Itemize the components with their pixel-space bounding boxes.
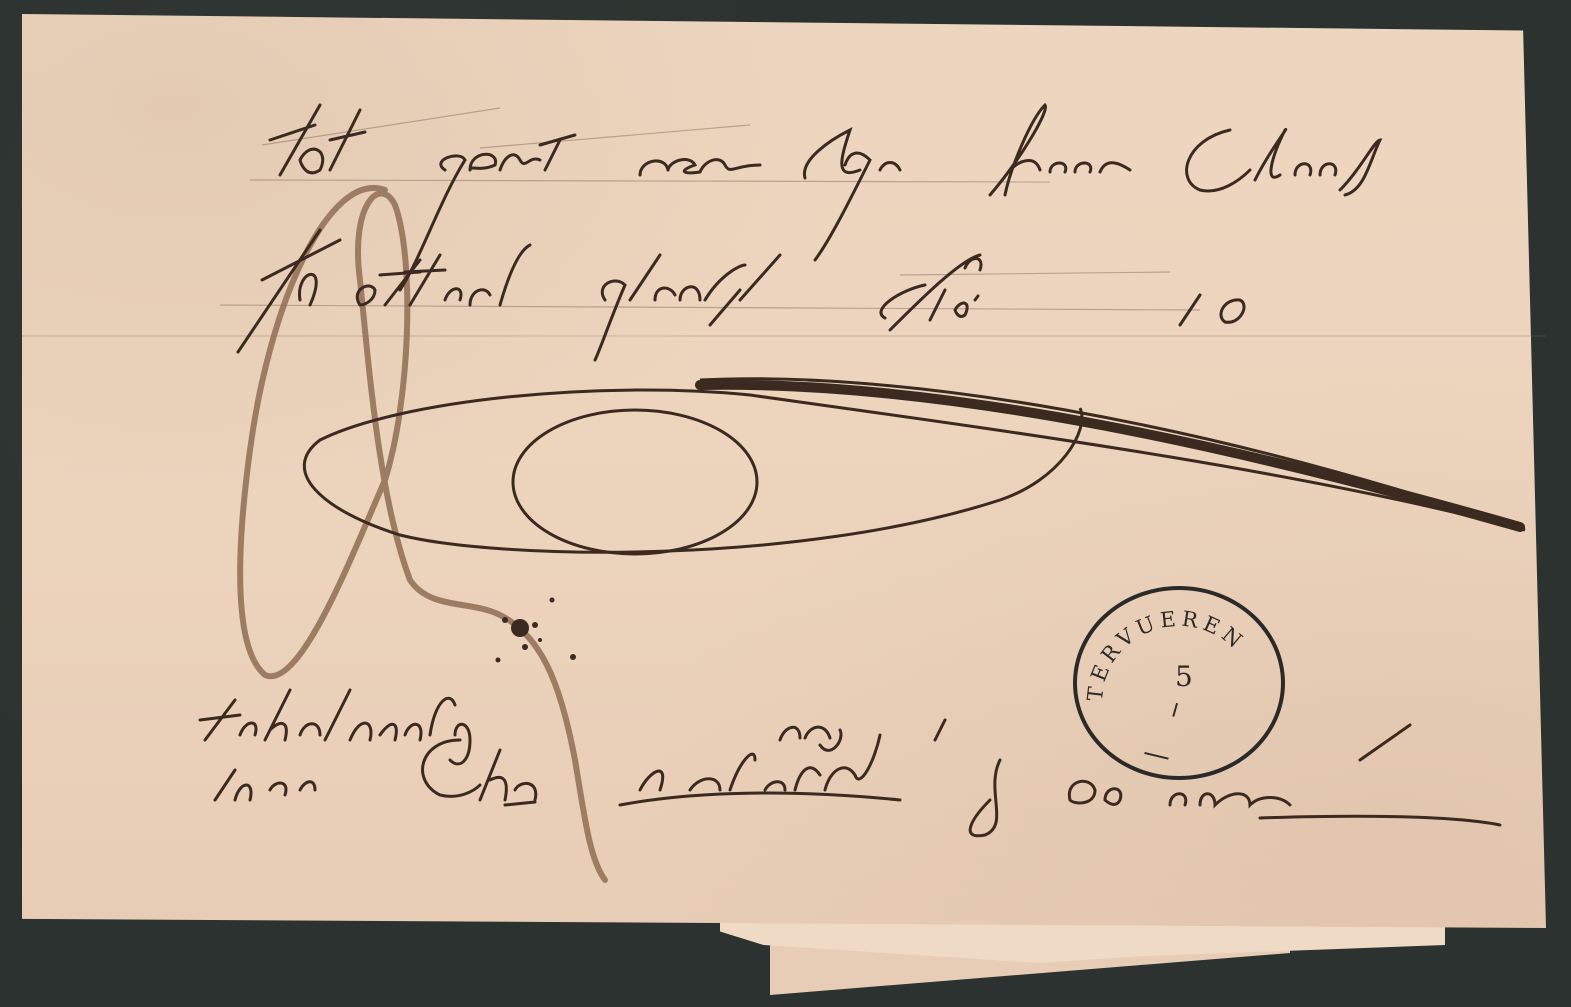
oval-flourish	[304, 379, 1525, 554]
ink-blots	[496, 598, 577, 663]
postmark-day: 5	[1175, 660, 1193, 693]
svg-text:TERVUEREN: TERVUEREN	[1082, 606, 1251, 703]
postmark: TERVUEREN 5	[1073, 586, 1285, 780]
